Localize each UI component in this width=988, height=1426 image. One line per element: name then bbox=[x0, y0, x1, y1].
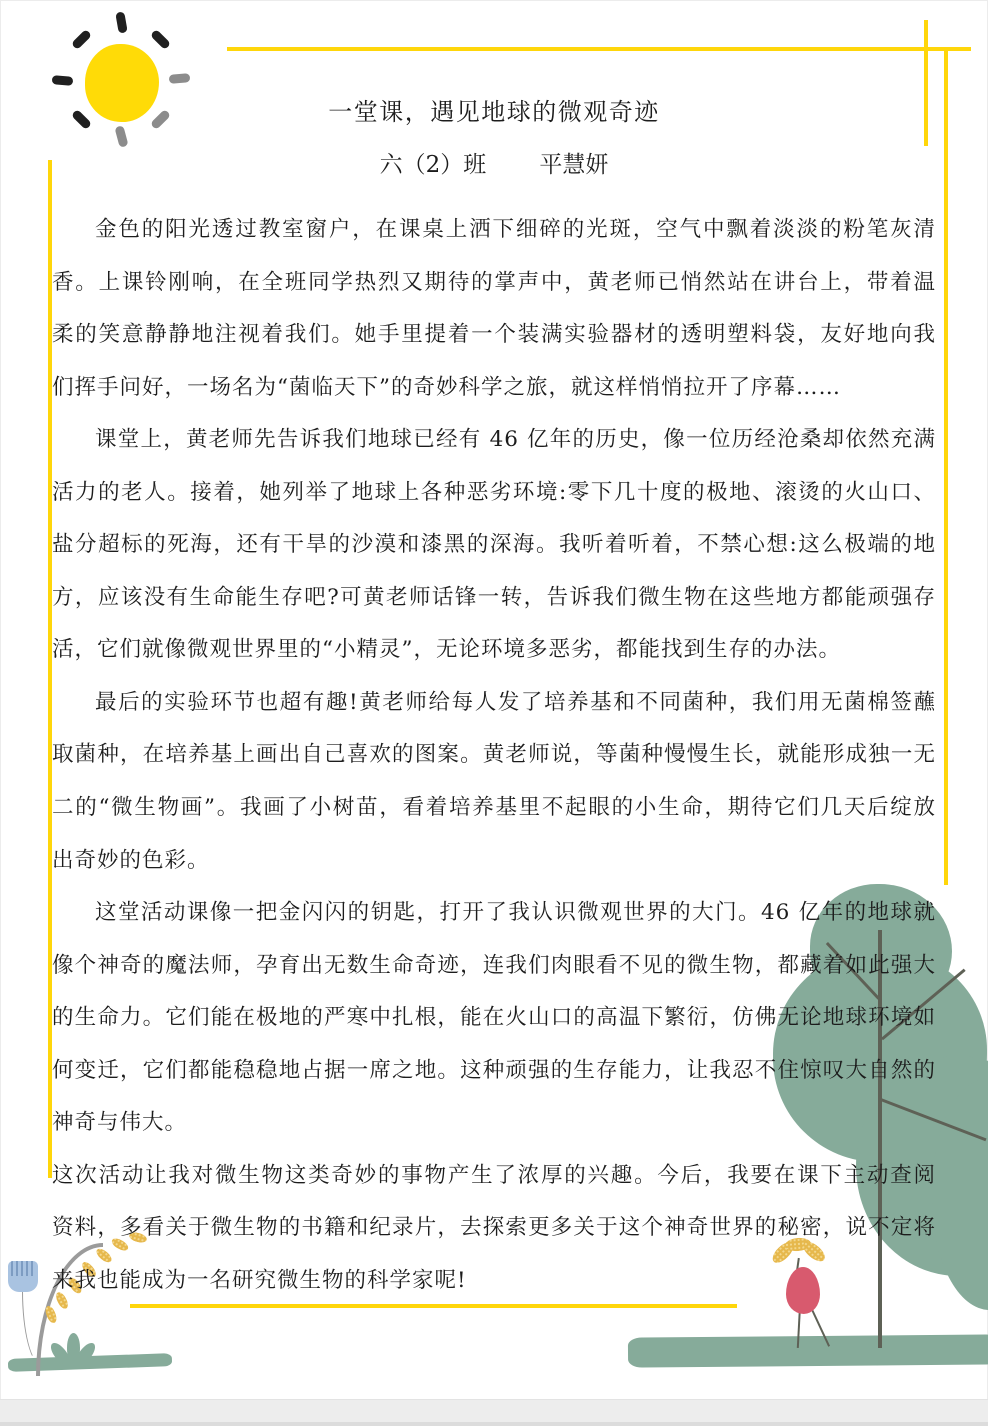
text-line: 何变迁，它们都能稳稳地占据一席之地。这种顽强的生存能力，让我忍不住惊叹大自然的 bbox=[52, 1045, 936, 1098]
flower-icon bbox=[8, 1261, 38, 1292]
text-line: 金色的阳光透过教室窗户，在课桌上洒下细碎的光斑，空气中飘着淡淡的粉笔灰清 bbox=[52, 204, 936, 257]
text-line: 方，应该没有生命能生存吧?可黄老师话锋一转，告诉我们微生物在这些地方都能顽强存 bbox=[52, 572, 936, 625]
text-line: 活，它们就像微观世界里的“小精灵”，无论环境多恶劣，都能找到生存的办法。 bbox=[52, 624, 936, 677]
text-line: 课堂上，黄老师先告诉我们地球已经有 46 亿年的历史，像一位历经沧桑却依然充满 bbox=[52, 414, 936, 467]
text-line: 来我也能成为一名研究微生物的科学家呢! bbox=[52, 1255, 936, 1308]
text-line: 出奇妙的色彩。 bbox=[52, 835, 936, 888]
text-line: 这堂活动课像一把金闪闪的钥匙，打开了我认识微观世界的大门。46 亿年的地球就 bbox=[52, 887, 936, 940]
text-line: 资料，多看关于微生物的书籍和纪录片，去探索更多关于这个神奇世界的秘密，说不定将 bbox=[52, 1202, 936, 1255]
essay-byline: 六（2）班 平慧妍 bbox=[52, 150, 936, 180]
text-line: 柔的笑意静静地注视着我们。她手里提着一个装满实验器材的透明塑料袋，友好地向我 bbox=[52, 309, 936, 362]
text-line: 最后的实验环节也超有趣!黄老师给每人发了培养基和不同菌种，我们用无菌棉签蘸 bbox=[52, 677, 936, 730]
viewer-background-strip bbox=[0, 1399, 988, 1426]
text-line: 这次活动让我对微生物这类奇妙的事物产生了浓厚的兴趣。今后，我要在课下主动查阅 bbox=[52, 1150, 936, 1203]
grass-strip-right bbox=[628, 1334, 988, 1367]
text-line: 活力的老人。接着，她列举了地球上各种恶劣环境:零下几十度的极地、滚烫的火山口、 bbox=[52, 467, 936, 520]
essay-body: 金色的阳光透过教室窗户，在课桌上洒下细碎的光斑，空气中飘着淡淡的粉笔灰清香。上课… bbox=[52, 204, 936, 1307]
text-line: 盐分超标的死海，还有干旱的沙漠和漆黑的深海。我听着听着，不禁心想:这么极端的地 bbox=[52, 519, 936, 572]
text-line: 的生命力。它们能在极地的严寒中扎根，能在火山口的高温下繁衍，仿佛无论地球环境如 bbox=[52, 992, 936, 1045]
text-line: 神奇与伟大。 bbox=[52, 1097, 936, 1150]
essay-title: 一堂课，遇见地球的微观奇迹 bbox=[52, 95, 936, 129]
essay-content: 一堂课，遇见地球的微观奇迹 六（2）班 平慧妍 金色的阳光透过教室窗户，在课桌上… bbox=[52, 0, 936, 1307]
class-name: 六（2）班 bbox=[380, 150, 487, 180]
text-line: 们挥手问好，一场名为“菌临天下”的奇妙科学之旅，就这样悄悄拉开了序幕…… bbox=[52, 362, 936, 415]
author-name: 平慧妍 bbox=[539, 150, 608, 180]
text-line: 像个神奇的魔法师，孕育出无数生命奇迹，连我们肉眼看不见的微生物，都藏着如此强大 bbox=[52, 940, 936, 993]
right-rule-line-long bbox=[944, 47, 948, 885]
text-line: 取菌种，在培养基上画出自己喜欢的图案。黄老师说，等菌种慢慢生长，就能形成独一无 bbox=[52, 729, 936, 782]
text-line: 香。上课铃刚响，在全班同学热烈又期待的掌声中，黄老师已悄然站在讲台上，带着温 bbox=[52, 257, 936, 310]
document-page: 一堂课，遇见地球的微观奇迹 六（2）班 平慧妍 金色的阳光透过教室窗户，在课桌上… bbox=[0, 0, 988, 1426]
text-line: 二的“微生物画”。我画了小树苗，看着培养基里不起眼的小生命，期待它们几天后绽放 bbox=[52, 782, 936, 835]
